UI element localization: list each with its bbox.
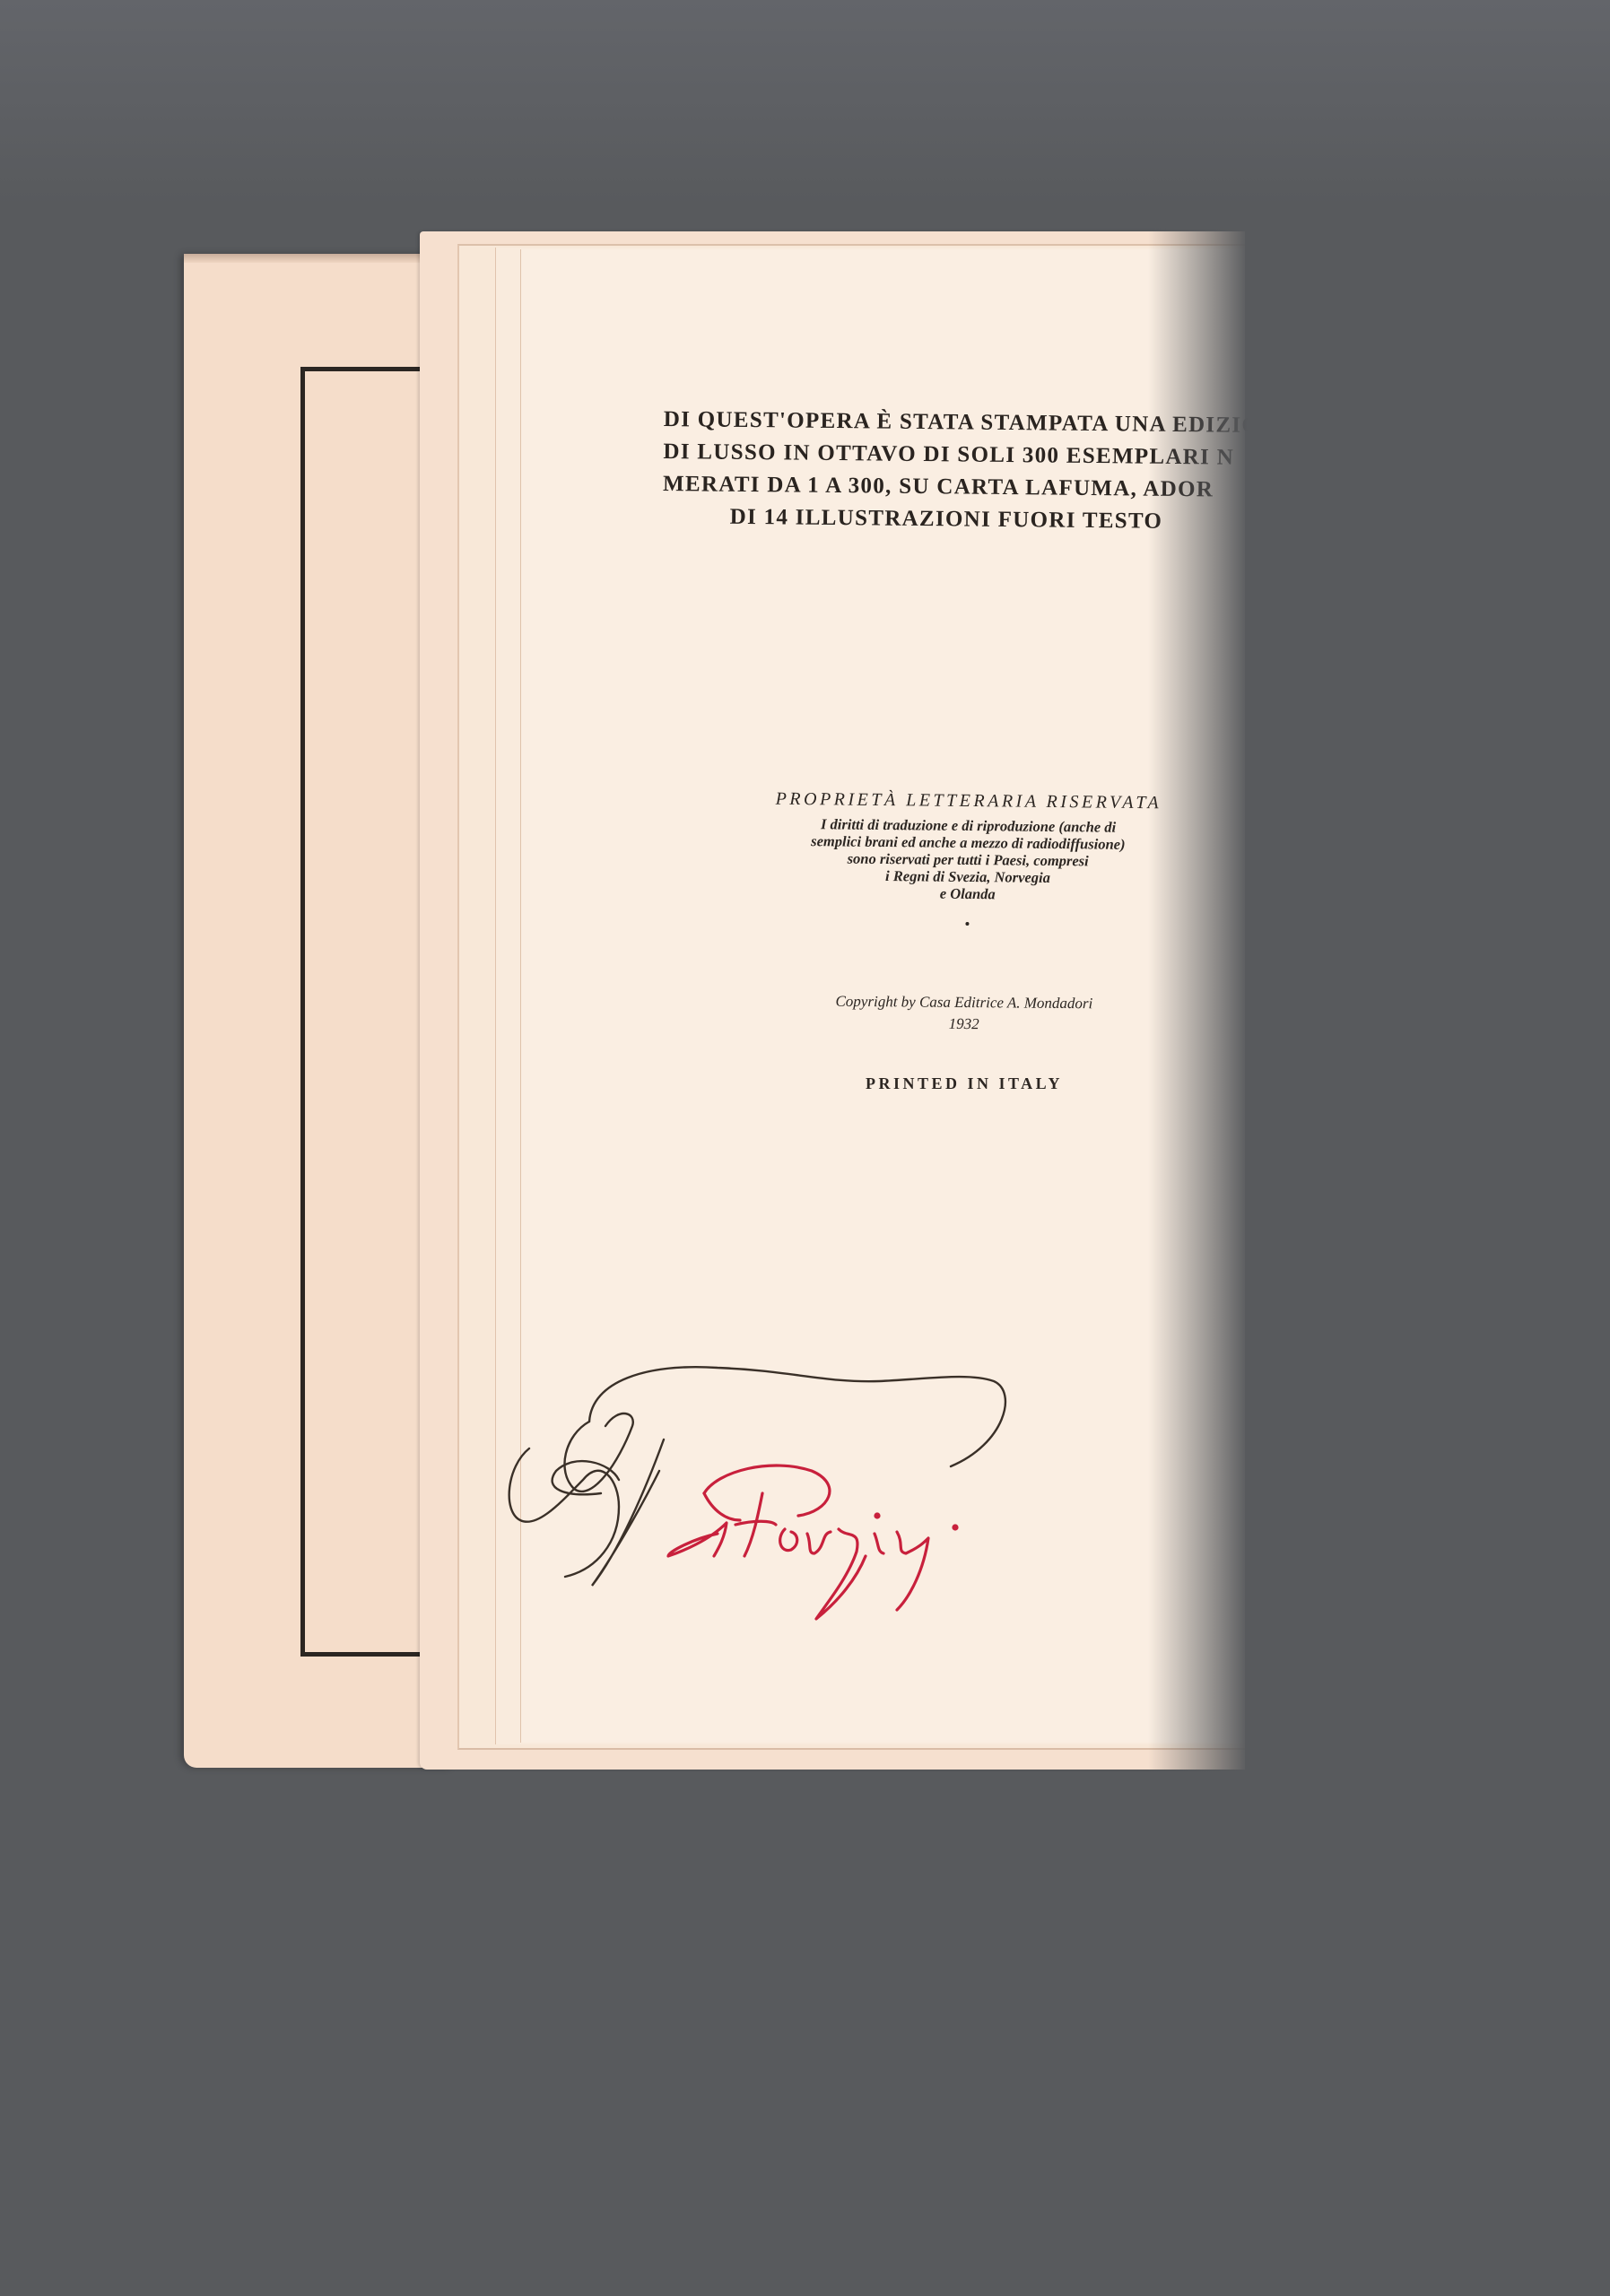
copyright-year: 1932 xyxy=(762,1013,1166,1035)
signature xyxy=(502,1345,1058,1632)
rights-line: e Olanda xyxy=(744,883,1192,904)
ornament-dot xyxy=(965,922,969,926)
backdrop xyxy=(0,0,1610,206)
book-back-cover xyxy=(184,254,453,1768)
copyright-notice: Copyright by Casa Editrice A. Mondadori … xyxy=(762,992,1166,1035)
monogram-signature xyxy=(509,1367,1005,1586)
printed-in-italy: PRINTED IN ITALY xyxy=(762,1074,1166,1093)
copyright-line: Copyright by Casa Editrice A. Mondadori xyxy=(762,992,1166,1013)
rights-notice: PROPRIETÀ LETTERARIA RISERVATA I diritti… xyxy=(743,788,1193,927)
binding-shadow xyxy=(1148,215,1274,1794)
rights-title: PROPRIETÀ LETTERARIA RISERVATA xyxy=(744,788,1193,813)
red-signature xyxy=(668,1465,957,1619)
